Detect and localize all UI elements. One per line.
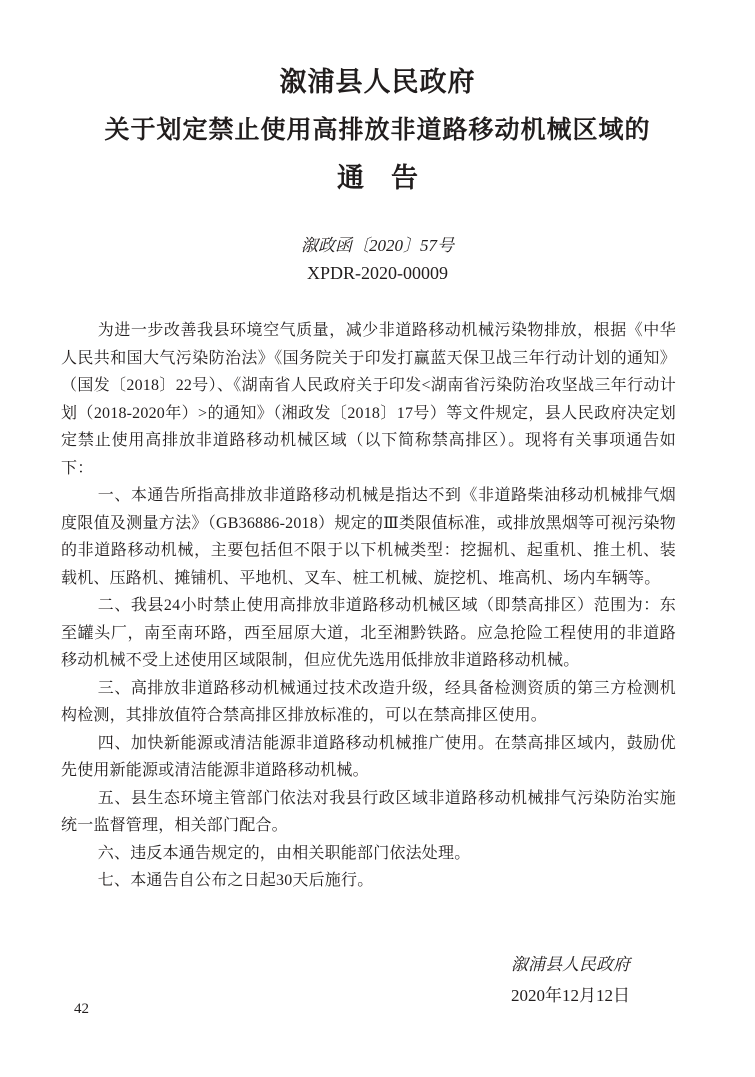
document-body: 为进一步改善我县环境空气质量，减少非道路移动机械污染物排放，根据《中华人民共和国…	[61, 317, 676, 895]
body-paragraph-clause-3: 三、高排放非道路移动机械通过技术改造升级，经具备检测资质的第三方检测机构检测，其…	[61, 675, 676, 730]
document-type-title: 通 告	[0, 160, 755, 196]
document-subject-title: 关于划定禁止使用高排放非道路移动机械区域的	[0, 114, 755, 148]
body-paragraph-clause-1: 一、本通告所指高排放非道路移动机械是指达不到《非道路柴油移动机械排气烟度限值及测…	[61, 482, 676, 592]
body-paragraph-intro: 为进一步改善我县环境空气质量，减少非道路移动机械污染物排放，根据《中华人民共和国…	[61, 317, 676, 482]
body-paragraph-clause-2: 二、我县24小时禁止使用高排放非道路移动机械区域（即禁高排区）范围为：东至罐头厂…	[61, 592, 676, 675]
signature-date: 2020年12月12日	[0, 980, 630, 1011]
issuing-organization-title: 溆浦县人民政府	[0, 0, 755, 100]
document-index-code: XPDR-2020-00009	[0, 261, 755, 285]
body-paragraph-clause-7: 七、本通告自公布之日起30天后施行。	[61, 867, 676, 895]
document-page: 溆浦县人民政府 关于划定禁止使用高排放非道路移动机械区域的 通 告 溆政函〔20…	[0, 0, 755, 1077]
body-paragraph-clause-4: 四、加快新能源或清洁能源非道路移动机械推广使用。在禁高排区域内，鼓励优先使用新能…	[61, 730, 676, 785]
body-paragraph-clause-5: 五、县生态环境主管部门依法对我县行政区域非道路移动机械排气污染防治实施统一监督管…	[61, 785, 676, 840]
body-paragraph-clause-6: 六、违反本通告规定的，由相关职能部门依法处理。	[61, 840, 676, 868]
page-number: 42	[74, 1001, 89, 1018]
signature-block: 溆浦县人民政府 2020年12月12日	[0, 949, 755, 1011]
signature-issuer: 溆浦县人民政府	[0, 949, 630, 980]
document-reference-number: 溆政函〔2020〕57号	[0, 234, 755, 258]
